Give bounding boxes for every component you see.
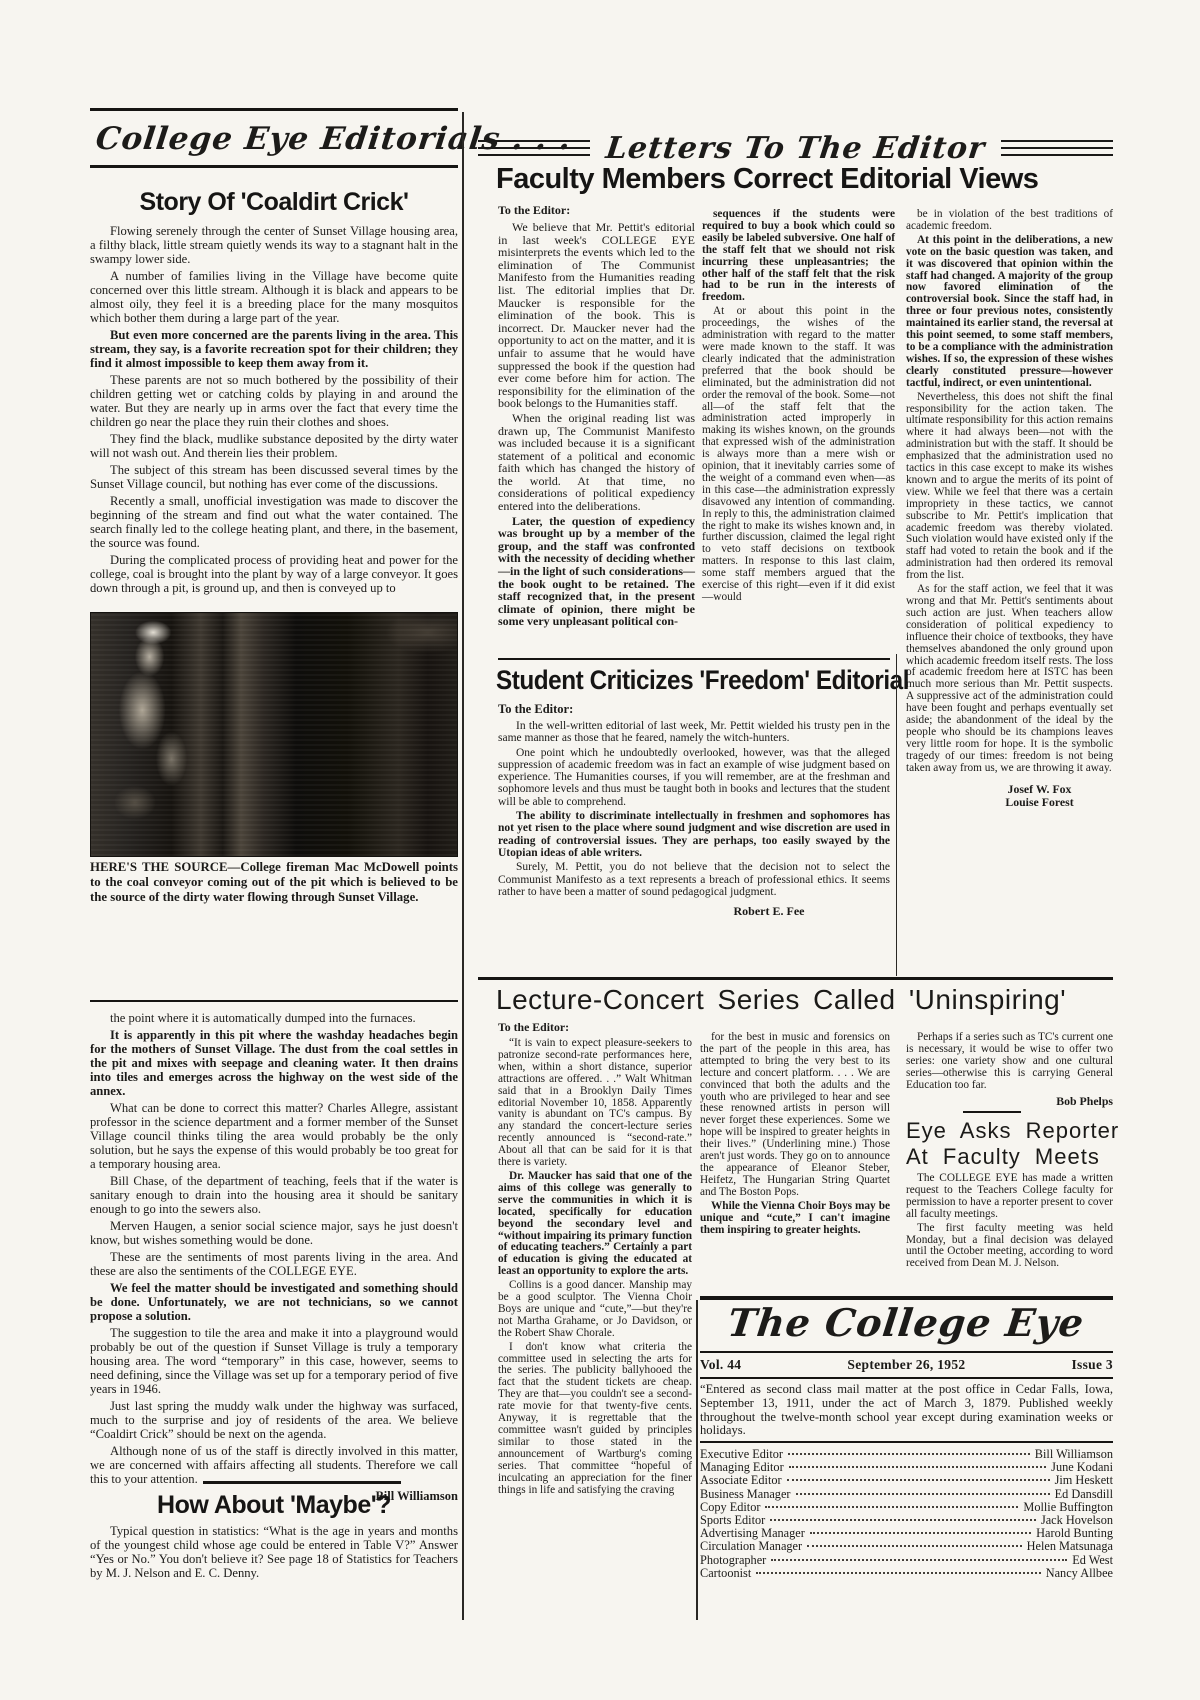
staff-role: Associate Editor bbox=[700, 1474, 782, 1487]
paragraph: Josef W. Fox bbox=[966, 783, 1113, 797]
lecture-col3-paragraphs: Perhaps if a series such as TC's current… bbox=[906, 1032, 1113, 1092]
photo-caption: HERE'S THE SOURCE—College fireman Mac Mc… bbox=[90, 860, 458, 905]
paragraph: We feel the matter should be investigate… bbox=[90, 1281, 458, 1323]
paragraph: These are the sentiments of most parents… bbox=[90, 1250, 458, 1278]
divider bbox=[203, 1481, 401, 1484]
paragraph: Dr. Maucker has said that one of the aim… bbox=[498, 1171, 692, 1278]
dot-leader bbox=[807, 1545, 1022, 1547]
staff-row: CartoonistNancy Allbee bbox=[700, 1567, 1113, 1580]
paragraph: Louise Forest bbox=[966, 796, 1113, 810]
student-paragraphs: In the well-written editorial of last we… bbox=[498, 720, 890, 898]
staff-row: Business ManagerEd Dansdill bbox=[700, 1488, 1113, 1501]
staff-row: Associate EditorJim Heskett bbox=[700, 1474, 1113, 1487]
divider bbox=[700, 1351, 1113, 1353]
faculty-signatures: Josef W. FoxLouise Forest bbox=[906, 783, 1113, 810]
dot-leader bbox=[789, 1466, 1047, 1468]
staff-name: Ed West bbox=[1072, 1554, 1113, 1567]
lecture-headline: Lecture-Concert Series Called 'Uninspiri… bbox=[496, 984, 1113, 1016]
dot-leader bbox=[788, 1453, 1030, 1455]
paragraph: They find the black, mudlike substance d… bbox=[90, 432, 458, 460]
divider bbox=[90, 1000, 458, 1002]
staff-role: Cartoonist bbox=[700, 1567, 751, 1580]
paragraph: During the complicated process of provid… bbox=[90, 553, 458, 595]
staff-row: PhotographerEd West bbox=[700, 1554, 1113, 1567]
eye-asks-article: Eye Asks Reporter At Faculty Meets The C… bbox=[906, 1118, 1113, 1272]
student-letter: To the Editor: In the well-written edito… bbox=[498, 702, 890, 919]
paragraph: Just last spring the muddy walk under th… bbox=[90, 1399, 458, 1441]
lecture-col2: for the best in music and forensics on t… bbox=[700, 1032, 890, 1238]
eye-asks-headline-line2: At Faculty Meets bbox=[906, 1144, 1113, 1170]
paragraph: Bill Chase, of the department of teachin… bbox=[90, 1174, 458, 1216]
dot-leader bbox=[810, 1532, 1031, 1534]
salutation: To the Editor: bbox=[498, 1020, 692, 1035]
column-rule bbox=[696, 1300, 698, 1620]
salutation: To the Editor: bbox=[498, 203, 695, 218]
staff-name: Jim Heskett bbox=[1055, 1474, 1113, 1487]
dot-leader bbox=[765, 1506, 1018, 1508]
staff-name: Helen Matsunaga bbox=[1027, 1540, 1113, 1553]
dot-leader bbox=[756, 1572, 1040, 1574]
paragraph: Recently a small, unofficial investigati… bbox=[90, 494, 458, 550]
paragraph: Typical question in statistics: “What is… bbox=[90, 1524, 458, 1580]
dot-leader bbox=[787, 1479, 1050, 1481]
faculty-col1: To the Editor: We believe that Mr. Petti… bbox=[498, 203, 695, 630]
paragraph: Surely, M. Pettit, you do not believe th… bbox=[498, 861, 890, 898]
paragraph: These parents are not so much bothered b… bbox=[90, 373, 458, 429]
paragraph: But even more concerned are the parents … bbox=[90, 328, 458, 370]
faculty-col3-paragraphs: be in violation of the best traditions o… bbox=[906, 209, 1113, 775]
coal-pit-photo bbox=[90, 612, 458, 857]
dot-leader bbox=[771, 1559, 1067, 1561]
story-body: Flowing serenely through the center of S… bbox=[90, 224, 458, 598]
paragraph: The first faculty meeting was held Monda… bbox=[906, 1223, 1113, 1271]
masthead-title-wrap: The College Eye bbox=[700, 1300, 1113, 1345]
newspaper-page: College Eye Editorials . . . Story Of 'C… bbox=[0, 0, 1200, 1700]
divider bbox=[700, 1377, 1113, 1379]
column-rule bbox=[462, 112, 464, 1620]
staff-row: Circulation ManagerHelen Matsunaga bbox=[700, 1540, 1113, 1553]
paragraph: Perhaps if a series such as TC's current… bbox=[906, 1032, 1113, 1092]
staff-role: Circulation Manager bbox=[700, 1540, 802, 1553]
paragraph: Merven Haugen, a senior social science m… bbox=[90, 1219, 458, 1247]
dot-leader bbox=[770, 1519, 1036, 1521]
lecture-col1: To the Editor: “It is vain to expect ple… bbox=[498, 1020, 692, 1498]
lecture-col1-paragraphs: “It is vain to expect pleasure-seekers t… bbox=[498, 1038, 692, 1496]
column-rule bbox=[896, 654, 897, 976]
paragraph: Collins is a good dancer. Manship may be… bbox=[498, 1280, 692, 1340]
faculty-col1-paragraphs: We believe that Mr. Pettit's editorial i… bbox=[498, 221, 695, 628]
staff-role: Photographer bbox=[700, 1554, 766, 1567]
eye-asks-paragraphs: The COLLEGE EYE has made a written reque… bbox=[906, 1173, 1113, 1270]
paragraph: At this point in the deliberations, a ne… bbox=[906, 235, 1113, 390]
paragraph: We believe that Mr. Pettit's editorial i… bbox=[498, 221, 695, 410]
paragraph: The ability to discriminate intellectual… bbox=[498, 810, 890, 859]
divider bbox=[90, 165, 458, 168]
paragraph: Later, the question of expediency was br… bbox=[498, 515, 695, 628]
paragraph: Nevertheless, this does not shift the fi… bbox=[906, 392, 1113, 583]
student-signature: Robert E. Fee bbox=[498, 904, 890, 919]
paragraph: As for the staff action, we feel that it… bbox=[906, 584, 1113, 775]
masthead-entered-notice: “Entered as second class mail matter at … bbox=[700, 1383, 1113, 1438]
divider bbox=[700, 1441, 1113, 1443]
paragraph: A number of families living in the Villa… bbox=[90, 269, 458, 325]
paragraph: Although none of us of the staff is dire… bbox=[90, 1444, 458, 1486]
paragraph: “It is vain to expect pleasure-seekers t… bbox=[498, 1038, 692, 1169]
staff-name: Nancy Allbee bbox=[1046, 1567, 1113, 1580]
editorials-header: College Eye Editorials . . . bbox=[90, 108, 458, 168]
paragraph: sequences if the students were required … bbox=[702, 209, 895, 304]
masthead-staff-list: Executive EditorBill WilliamsonManaging … bbox=[700, 1448, 1113, 1580]
issue-label: Issue 3 bbox=[1071, 1357, 1113, 1373]
paragraph: In the well-written editorial of last we… bbox=[498, 720, 890, 745]
story-continuation: the point where it is automatically dump… bbox=[90, 1011, 458, 1504]
salutation: To the Editor: bbox=[498, 702, 890, 717]
issue-date: September 26, 1952 bbox=[847, 1357, 965, 1373]
dot-leader bbox=[796, 1493, 1050, 1495]
faculty-headline: Faculty Members Correct Editorial Views bbox=[496, 163, 1113, 196]
divider bbox=[700, 1296, 1113, 1300]
paragraph: I don't know what criteria the committee… bbox=[498, 1342, 692, 1497]
story-continuation-paragraphs: the point where it is automatically dump… bbox=[90, 1011, 458, 1486]
header-lines-right bbox=[1001, 140, 1113, 156]
divider bbox=[498, 658, 890, 660]
masthead-title: The College Eye bbox=[726, 1300, 1088, 1345]
staff-name: Ed Dansdill bbox=[1055, 1488, 1113, 1501]
paragraph: The COLLEGE EYE has made a written reque… bbox=[906, 1173, 1113, 1221]
paragraph: The subject of this stream has been disc… bbox=[90, 463, 458, 491]
paragraph: While the Vienna Choir Boys may be uniqu… bbox=[700, 1201, 890, 1237]
staff-role: Business Manager bbox=[700, 1488, 791, 1501]
student-headline: Student Criticizes 'Freedom' Editorial bbox=[496, 665, 909, 696]
eye-asks-headline-line1: Eye Asks Reporter bbox=[906, 1118, 1113, 1144]
masthead-volume-row: Vol. 44 September 26, 1952 Issue 3 bbox=[700, 1357, 1113, 1373]
divider bbox=[963, 1111, 1021, 1113]
lecture-col3: Perhaps if a series such as TC's current… bbox=[906, 1032, 1113, 1109]
paragraph: One point which he undoubtedly overlooke… bbox=[498, 747, 890, 808]
paragraph: The suggestion to tile the area and make… bbox=[90, 1326, 458, 1396]
maybe-body: Typical question in statistics: “What is… bbox=[90, 1524, 458, 1583]
paragraph: When the original reading list was drawn… bbox=[498, 412, 695, 513]
paragraph: the point where it is automatically dump… bbox=[90, 1011, 458, 1025]
divider bbox=[478, 977, 1113, 980]
volume-label: Vol. 44 bbox=[700, 1357, 741, 1373]
paragraph: Flowing serenely through the center of S… bbox=[90, 224, 458, 266]
maybe-headline: How About 'Maybe'? bbox=[90, 1491, 458, 1520]
paragraph: At or about this point in the proceeding… bbox=[702, 306, 895, 604]
letters-header-title: Letters To The Editor bbox=[604, 131, 987, 166]
header-lines-left bbox=[478, 140, 590, 156]
paragraph: What can be done to correct this matter?… bbox=[90, 1101, 458, 1171]
paragraph: It is apparently in this pit where the w… bbox=[90, 1028, 458, 1098]
lecture-signature: Bob Phelps bbox=[906, 1094, 1113, 1109]
paragraph: for the best in music and forensics on t… bbox=[700, 1032, 890, 1199]
story-headline: Story Of 'Coaldirt Crick' bbox=[90, 188, 458, 217]
paragraph: be in violation of the best traditions o… bbox=[906, 209, 1113, 233]
faculty-col2: sequences if the students were required … bbox=[702, 209, 895, 606]
faculty-col3: be in violation of the best traditions o… bbox=[906, 209, 1113, 810]
